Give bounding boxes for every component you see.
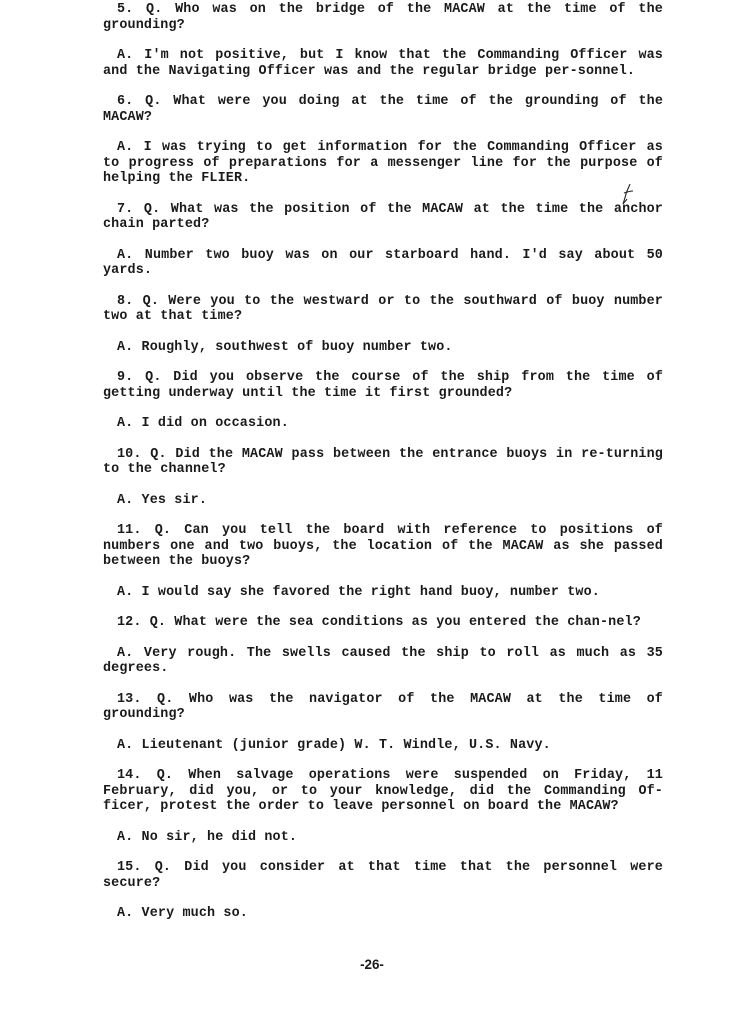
question-12: 12. Q. What were the sea conditions as y… xyxy=(103,615,663,631)
question-15: 15. Q. Did you consider at that time tha… xyxy=(103,860,663,891)
answer-13: A. Lieutenant (junior grade) W. T. Windl… xyxy=(103,738,663,754)
question-13: 13. Q. Who was the navigator of the MACA… xyxy=(103,692,663,723)
answer-15: A. Very much so. xyxy=(103,906,663,922)
question-10: 10. Q. Did the MACAW pass between the en… xyxy=(103,447,663,478)
question-11: 11. Q. Can you tell the board with refer… xyxy=(103,523,663,570)
answer-11: A. I would say she favored the right han… xyxy=(103,585,663,601)
question-5: 5. Q. Who was on the bridge of the MACAW… xyxy=(103,2,663,33)
answer-12: A. Very rough. The swells caused the shi… xyxy=(103,646,663,677)
answer-9: A. I did on occasion. xyxy=(103,416,663,432)
question-9: 9. Q. Did you observe the course of the … xyxy=(103,370,663,401)
answer-8: A. Roughly, southwest of buoy number two… xyxy=(103,340,663,356)
answer-6: A. I was trying to get information for t… xyxy=(103,140,663,187)
answer-14: A. No sir, he did not. xyxy=(103,830,663,846)
handwritten-check-icon xyxy=(621,183,635,205)
answer-5: A. I'm not positive, but I know that the… xyxy=(103,48,663,79)
answer-7: A. Number two buoy was on our starboard … xyxy=(103,248,663,279)
question-14: 14. Q. When salvage operations were susp… xyxy=(103,768,663,815)
transcript-page: 5. Q. Who was on the bridge of the MACAW… xyxy=(103,2,663,937)
question-7: 7. Q. What was the position of the MACAW… xyxy=(103,202,663,233)
question-8: 8. Q. Were you to the westward or to the… xyxy=(103,294,663,325)
question-6: 6. Q. What were you doing at the time of… xyxy=(103,94,663,125)
page-number: -26- xyxy=(0,957,744,972)
answer-10: A. Yes sir. xyxy=(103,493,663,509)
